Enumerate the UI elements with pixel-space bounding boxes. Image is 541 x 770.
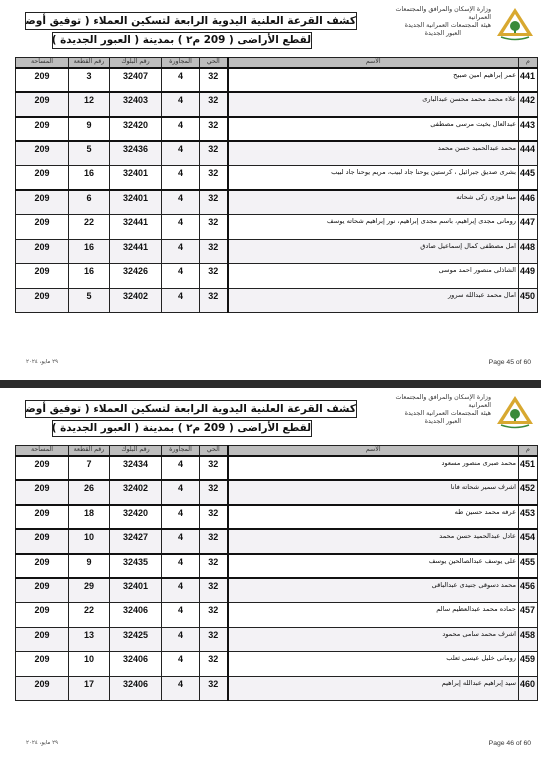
column-header-name: الاسم: [228, 446, 519, 456]
cell-name: امل مصطفى كمال إسماعيل صادق: [228, 239, 519, 264]
cell-block: 32425: [110, 627, 162, 652]
cell-plot: 13: [69, 627, 110, 652]
cell-index: 442: [519, 92, 538, 117]
organization-name: وزارة الإسكان والمرافق والمجتمعات العمرا…: [371, 394, 491, 426]
cell-district: 32: [200, 505, 228, 530]
org-line-authority: هيئة المجتمعات العمرانية الجديدة: [371, 22, 491, 30]
column-header-index: م: [519, 58, 538, 68]
cell-plot: 16: [69, 166, 110, 191]
cell-index: 452: [519, 480, 538, 505]
document-title: كشف القرعة العلنية اليدوية الرابعة لتسكي…: [25, 400, 357, 418]
cell-neighborhood: 4: [162, 529, 200, 554]
cell-district: 32: [200, 68, 228, 93]
cell-name: مينا فوزى زكى شحاته: [228, 190, 519, 215]
cell-neighborhood: 4: [162, 190, 200, 215]
cell-name: محمد صبرى منصور مسعود: [228, 456, 519, 481]
table-row: 209 22 32406 4 32 حماده محمد عبدالعظيم س…: [16, 603, 538, 628]
cell-area: 209: [16, 578, 69, 603]
cell-neighborhood: 4: [162, 652, 200, 677]
cell-plot: 10: [69, 529, 110, 554]
cell-area: 209: [16, 456, 69, 481]
cell-area: 209: [16, 141, 69, 166]
cell-name: رومانى مجدى إبراهيم، باسم مجدى إبراهيم، …: [228, 215, 519, 240]
cell-block: 32436: [110, 141, 162, 166]
cell-district: 32: [200, 264, 228, 289]
cell-index: 453: [519, 505, 538, 530]
ministry-logo-icon: [495, 394, 535, 430]
cell-index: 455: [519, 554, 538, 579]
cell-name: بشرى صديق جبرائيل ، كرستين يوحنا جاد لبي…: [228, 166, 519, 191]
cell-block: 32420: [110, 505, 162, 530]
cell-plot: 29: [69, 578, 110, 603]
cell-block: 32406: [110, 676, 162, 701]
cell-plot: 16: [69, 264, 110, 289]
footer-page-number: Page 46 of 60: [489, 740, 531, 747]
column-header-neighborhood: المجاورة: [162, 446, 200, 456]
cell-district: 32: [200, 529, 228, 554]
cell-index: 456: [519, 578, 538, 603]
cell-area: 209: [16, 480, 69, 505]
column-header-block: رقم البلوك: [110, 58, 162, 68]
table-row: 209 3 32407 4 32 عمر إبراهيم امين صبيح 4…: [16, 68, 538, 93]
cell-block: 32407: [110, 68, 162, 93]
cell-district: 32: [200, 166, 228, 191]
cell-name: علاء محمد محمد محسن عبدالبارى: [228, 92, 519, 117]
cell-plot: 7: [69, 456, 110, 481]
org-line-authority: هيئة المجتمعات العمرانية الجديدة: [371, 410, 491, 418]
cell-neighborhood: 4: [162, 141, 200, 166]
cell-district: 32: [200, 141, 228, 166]
table-row: 209 12 32403 4 32 علاء محمد محمد محسن عب…: [16, 92, 538, 117]
cell-block: 32426: [110, 264, 162, 289]
cell-neighborhood: 4: [162, 68, 200, 93]
column-header-district: الحي: [200, 58, 228, 68]
cell-block: 32427: [110, 529, 162, 554]
column-header-area: المساحة: [16, 446, 69, 456]
cell-index: 446: [519, 190, 538, 215]
cell-name: اشرف محمد سامى محمود: [228, 627, 519, 652]
column-header-block: رقم البلوك: [110, 446, 162, 456]
table-row: 209 6 32401 4 32 مينا فوزى زكى شحاته 446: [16, 190, 538, 215]
cell-area: 209: [16, 117, 69, 142]
table-row: 209 9 32435 4 32 على يوسف عبدالصالحين يو…: [16, 554, 538, 579]
cell-index: 448: [519, 239, 538, 264]
cell-plot: 6: [69, 190, 110, 215]
cell-district: 32: [200, 652, 228, 677]
cell-name: سيد إبراهيم عبدالله إبراهيم: [228, 676, 519, 701]
table-row: 209 22 32441 4 32 رومانى مجدى إبراهيم، ب…: [16, 215, 538, 240]
cell-neighborhood: 4: [162, 676, 200, 701]
cell-neighborhood: 4: [162, 92, 200, 117]
cell-block: 32441: [110, 215, 162, 240]
cell-neighborhood: 4: [162, 239, 200, 264]
cell-neighborhood: 4: [162, 117, 200, 142]
cell-area: 209: [16, 554, 69, 579]
cell-area: 209: [16, 239, 69, 264]
cell-district: 32: [200, 554, 228, 579]
cell-area: 209: [16, 676, 69, 701]
cell-index: 441: [519, 68, 538, 93]
cell-name: محمد عبدالحميد حسن محمد: [228, 141, 519, 166]
cell-district: 32: [200, 190, 228, 215]
table-header-row: المساحة رقم القطعة رقم البلوك المجاورة ا…: [16, 446, 538, 456]
document-page-46: وزارة الإسكان والمرافق والمجتمعات العمرا…: [0, 388, 541, 770]
cell-block: 32420: [110, 117, 162, 142]
page-divider: [0, 380, 541, 388]
table-row: 209 16 32426 4 32 الشاذلى منصور احمد موس…: [16, 264, 538, 289]
cell-index: 445: [519, 166, 538, 191]
table-row: 209 13 32425 4 32 اشرف محمد سامى محمود 4…: [16, 627, 538, 652]
cell-name: حماده محمد عبدالعظيم سالم: [228, 603, 519, 628]
cell-district: 32: [200, 239, 228, 264]
cell-index: 460: [519, 676, 538, 701]
cell-district: 32: [200, 288, 228, 313]
cell-index: 447: [519, 215, 538, 240]
table-row: 209 10 32427 4 32 عادل عبدالحميد حسن محم…: [16, 529, 538, 554]
column-header-plot: رقم القطعة: [69, 446, 110, 456]
table-row: 209 26 32402 4 32 اشرف سمير شحاته فانا 4…: [16, 480, 538, 505]
cell-area: 209: [16, 603, 69, 628]
cell-plot: 9: [69, 117, 110, 142]
organization-name: وزارة الإسكان والمرافق والمجتمعات العمرا…: [371, 6, 491, 38]
cell-index: 444: [519, 141, 538, 166]
allocation-table: المساحة رقم القطعة رقم البلوك المجاورة ا…: [15, 445, 538, 701]
cell-neighborhood: 4: [162, 505, 200, 530]
cell-name: عادل عبدالحميد حسن محمد: [228, 529, 519, 554]
cell-district: 32: [200, 456, 228, 481]
cell-district: 32: [200, 117, 228, 142]
cell-index: 459: [519, 652, 538, 677]
column-header-index: م: [519, 446, 538, 456]
cell-plot: 18: [69, 505, 110, 530]
footer-page-number: Page 45 of 60: [489, 359, 531, 366]
cell-area: 209: [16, 264, 69, 289]
column-header-neighborhood: المجاورة: [162, 58, 200, 68]
allocation-table: المساحة رقم القطعة رقم البلوك المجاورة ا…: [15, 57, 538, 313]
cell-area: 209: [16, 215, 69, 240]
cell-neighborhood: 4: [162, 554, 200, 579]
cell-plot: 17: [69, 676, 110, 701]
table-row: 209 16 32441 4 32 امل مصطفى كمال إسماعيل…: [16, 239, 538, 264]
document-subtitle: لقطع الأراضى ( 209 م٢ ) بمدينة ( العبور …: [52, 32, 312, 49]
table-row: 209 7 32434 4 32 محمد صبرى منصور مسعود 4…: [16, 456, 538, 481]
cell-name: عمر إبراهيم امين صبيح: [228, 68, 519, 93]
cell-block: 32406: [110, 652, 162, 677]
cell-name: امال محمد عبدالله سرور: [228, 288, 519, 313]
cell-area: 209: [16, 190, 69, 215]
cell-index: 454: [519, 529, 538, 554]
cell-neighborhood: 4: [162, 215, 200, 240]
cell-district: 32: [200, 578, 228, 603]
table-row: 209 29 32401 4 32 محمد دسوقى جنيدى عبدال…: [16, 578, 538, 603]
cell-area: 209: [16, 627, 69, 652]
cell-district: 32: [200, 627, 228, 652]
cell-plot: 16: [69, 239, 110, 264]
cell-block: 32434: [110, 456, 162, 481]
cell-district: 32: [200, 676, 228, 701]
cell-neighborhood: 4: [162, 603, 200, 628]
cell-area: 209: [16, 288, 69, 313]
cell-plot: 22: [69, 603, 110, 628]
cell-index: 457: [519, 603, 538, 628]
column-header-district: الحي: [200, 446, 228, 456]
footer-date: ٢٩ مايو، ٢٠٢٤: [26, 740, 58, 746]
cell-plot: 10: [69, 652, 110, 677]
cell-block: 32402: [110, 288, 162, 313]
cell-index: 450: [519, 288, 538, 313]
cell-index: 449: [519, 264, 538, 289]
cell-district: 32: [200, 480, 228, 505]
cell-index: 443: [519, 117, 538, 142]
cell-index: 451: [519, 456, 538, 481]
table-row: 209 16 32401 4 32 بشرى صديق جبرائيل ، كر…: [16, 166, 538, 191]
cell-plot: 12: [69, 92, 110, 117]
ministry-logo-icon: [495, 6, 535, 42]
cell-neighborhood: 4: [162, 456, 200, 481]
org-line-city: العبور الجديدة: [371, 418, 491, 426]
cell-area: 209: [16, 68, 69, 93]
document-page-45: وزارة الإسكان والمرافق والمجتمعات العمرا…: [0, 0, 541, 380]
cell-block: 32401: [110, 166, 162, 191]
cell-block: 32401: [110, 578, 162, 603]
page-header: وزارة الإسكان والمرافق والمجتمعات العمرا…: [0, 388, 541, 442]
cell-name: على يوسف عبدالصالحين يوسف: [228, 554, 519, 579]
cell-plot: 22: [69, 215, 110, 240]
cell-block: 32406: [110, 603, 162, 628]
cell-block: 32435: [110, 554, 162, 579]
cell-district: 32: [200, 92, 228, 117]
cell-neighborhood: 4: [162, 578, 200, 603]
cell-plot: 5: [69, 141, 110, 166]
cell-name: محمد دسوقى جنيدى عبدالباقى: [228, 578, 519, 603]
cell-district: 32: [200, 603, 228, 628]
org-line-ministry: وزارة الإسكان والمرافق والمجتمعات العمرا…: [371, 6, 491, 22]
cell-plot: 3: [69, 68, 110, 93]
cell-block: 32441: [110, 239, 162, 264]
org-line-ministry: وزارة الإسكان والمرافق والمجتمعات العمرا…: [371, 394, 491, 410]
table-row: 209 5 32436 4 32 محمد عبدالحميد حسن محمد…: [16, 141, 538, 166]
cell-area: 209: [16, 529, 69, 554]
column-header-plot: رقم القطعة: [69, 58, 110, 68]
table-row: 209 10 32406 4 32 رومانى خليل عيسى ثعلب …: [16, 652, 538, 677]
cell-neighborhood: 4: [162, 288, 200, 313]
table-row: 209 18 32420 4 32 عرفه محمد حسين طه 453: [16, 505, 538, 530]
cell-block: 32403: [110, 92, 162, 117]
footer-date: ٢٩ مايو، ٢٠٢٤: [26, 359, 58, 365]
cell-name: رومانى خليل عيسى ثعلب: [228, 652, 519, 677]
table-row: 209 17 32406 4 32 سيد إبراهيم عبدالله إب…: [16, 676, 538, 701]
cell-area: 209: [16, 92, 69, 117]
cell-plot: 5: [69, 288, 110, 313]
cell-district: 32: [200, 215, 228, 240]
document-subtitle: لقطع الأراضى ( 209 م٢ ) بمدينة ( العبور …: [52, 420, 312, 437]
cell-neighborhood: 4: [162, 166, 200, 191]
cell-area: 209: [16, 652, 69, 677]
page-header: وزارة الإسكان والمرافق والمجتمعات العمرا…: [0, 0, 541, 54]
table-row: 209 5 32402 4 32 امال محمد عبدالله سرور …: [16, 288, 538, 313]
cell-area: 209: [16, 505, 69, 530]
cell-plot: 9: [69, 554, 110, 579]
cell-block: 32402: [110, 480, 162, 505]
cell-neighborhood: 4: [162, 264, 200, 289]
cell-block: 32401: [110, 190, 162, 215]
org-line-city: العبور الجديدة: [371, 30, 491, 38]
cell-neighborhood: 4: [162, 480, 200, 505]
cell-plot: 26: [69, 480, 110, 505]
document-title: كشف القرعة العلنية اليدوية الرابعة لتسكي…: [25, 12, 357, 30]
cell-index: 458: [519, 627, 538, 652]
cell-name: عبدالعال بخيت مرسى مصطفى: [228, 117, 519, 142]
column-header-name: الاسم: [228, 58, 519, 68]
table-row: 209 9 32420 4 32 عبدالعال بخيت مرسى مصطف…: [16, 117, 538, 142]
cell-name: اشرف سمير شحاته فانا: [228, 480, 519, 505]
column-header-area: المساحة: [16, 58, 69, 68]
cell-area: 209: [16, 166, 69, 191]
cell-name: عرفه محمد حسين طه: [228, 505, 519, 530]
cell-neighborhood: 4: [162, 627, 200, 652]
cell-name: الشاذلى منصور احمد موسى: [228, 264, 519, 289]
table-header-row: المساحة رقم القطعة رقم البلوك المجاورة ا…: [16, 58, 538, 68]
